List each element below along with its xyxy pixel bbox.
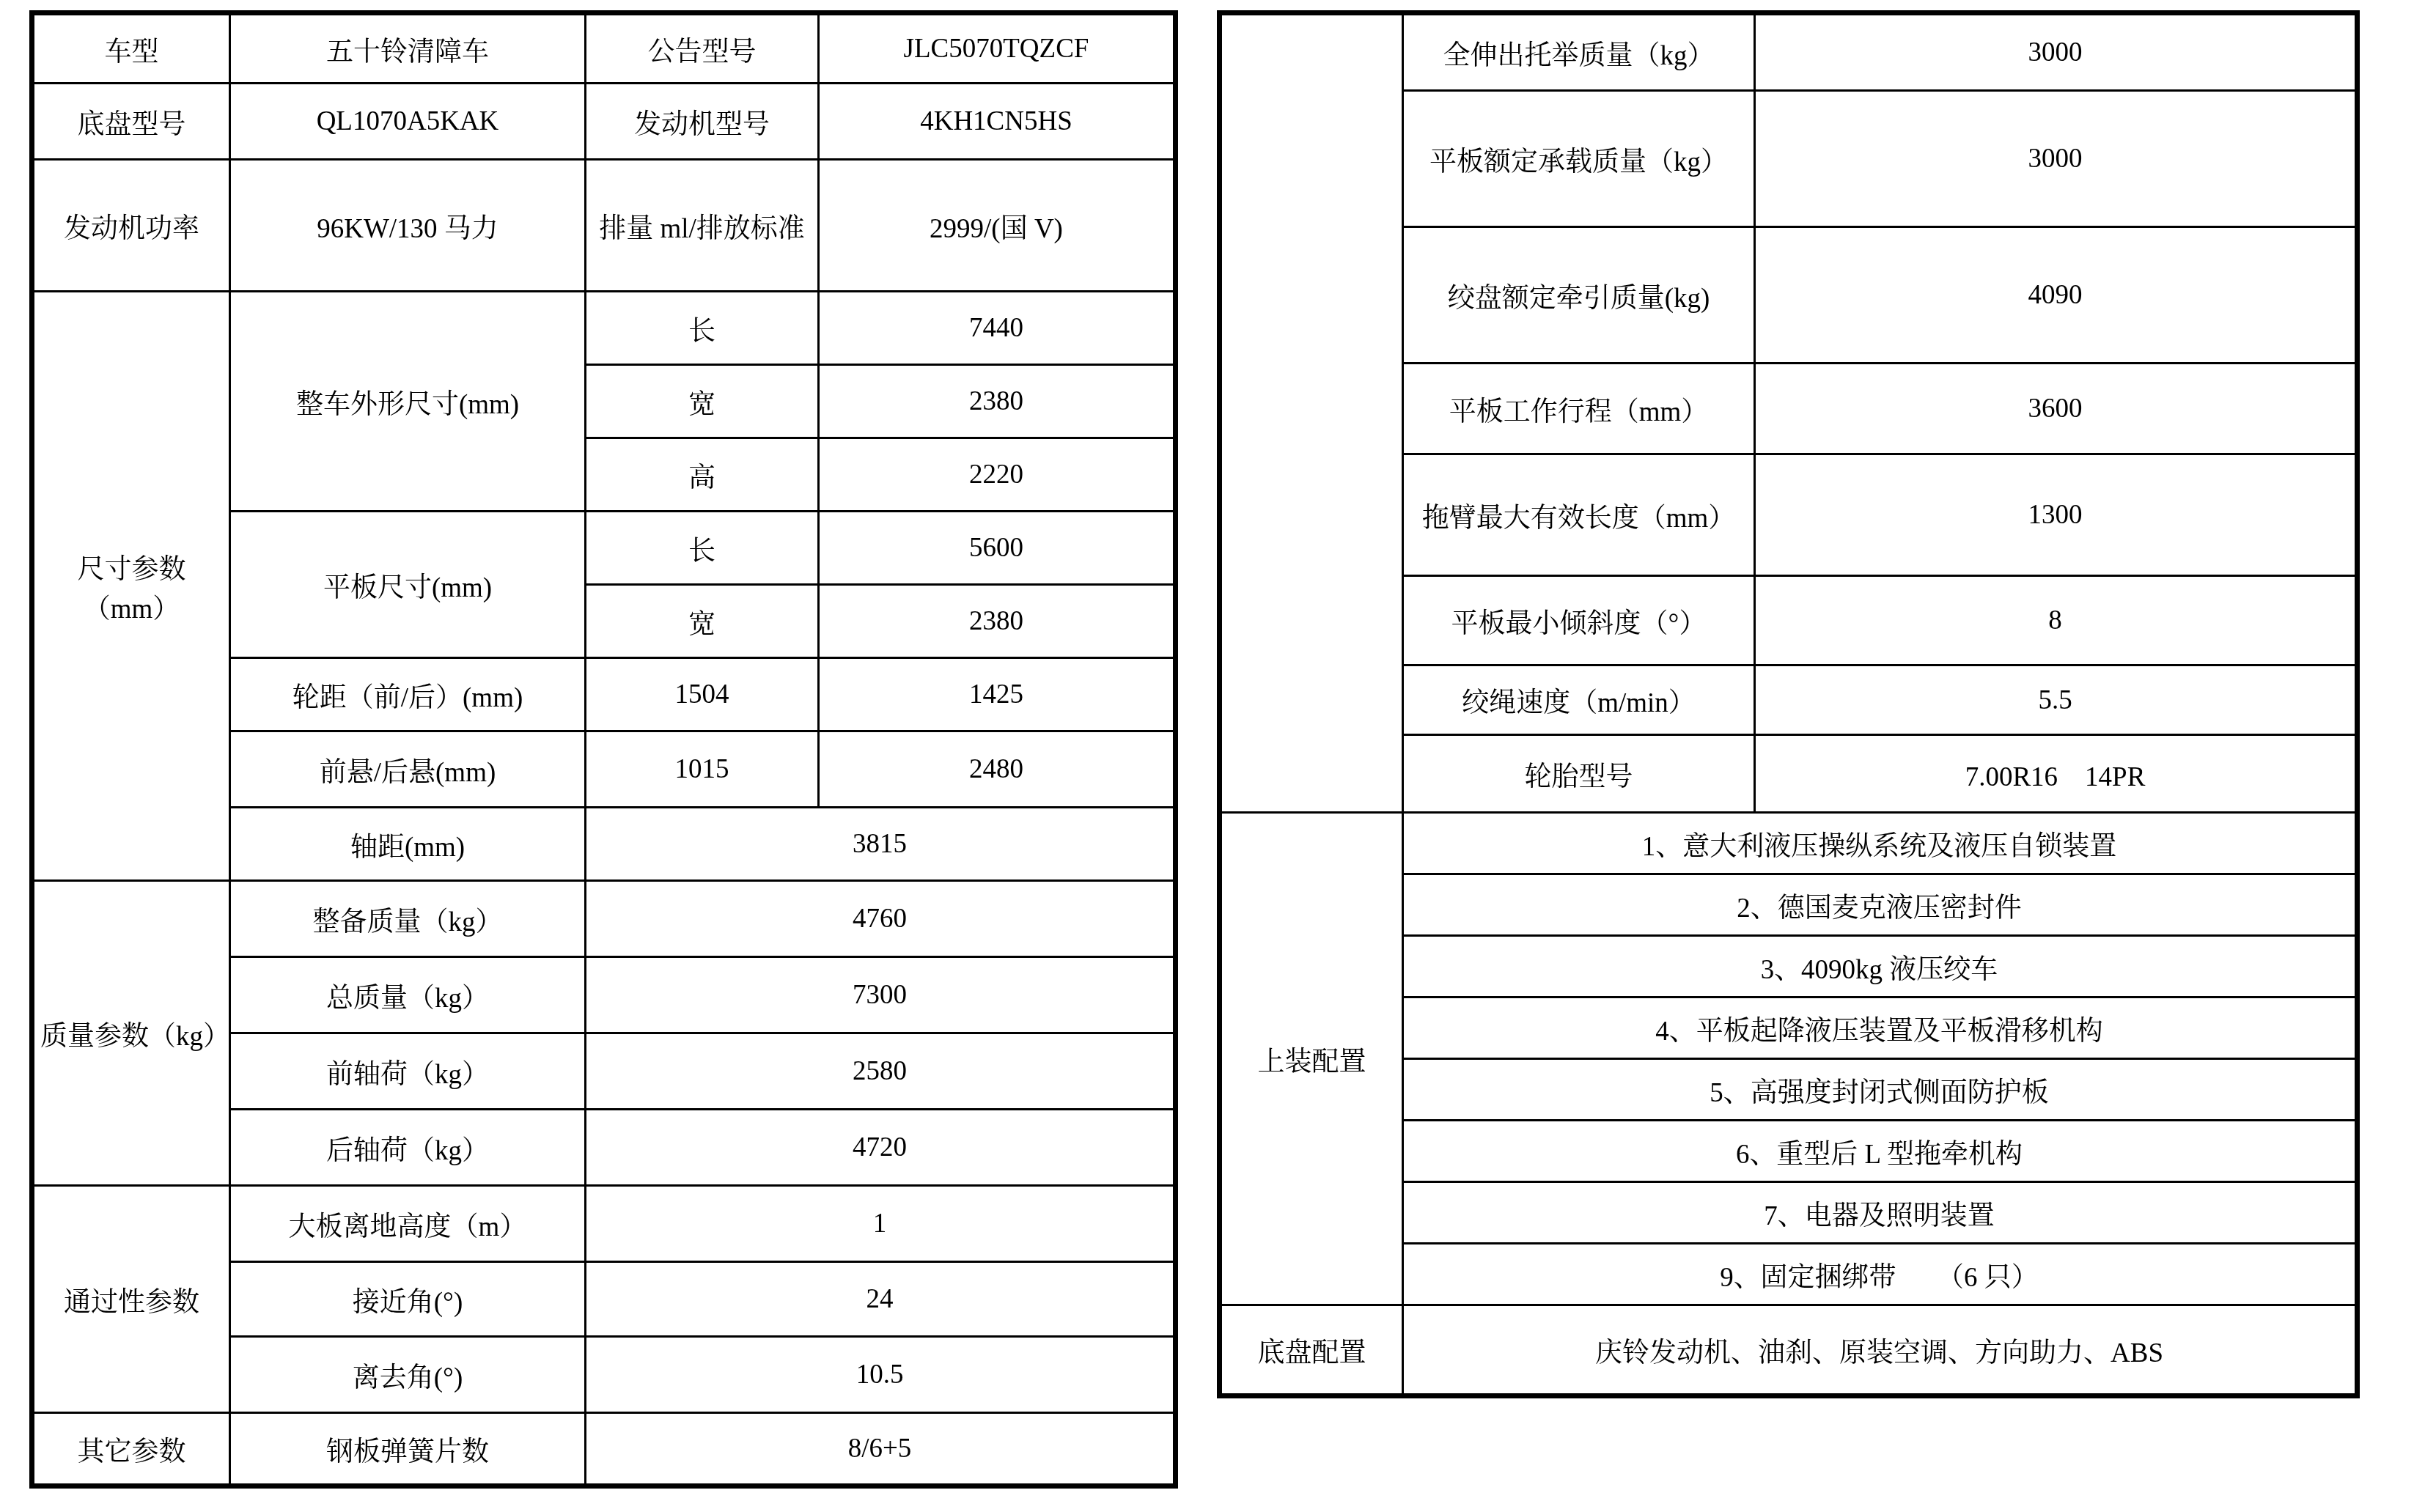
vehicle-type-value: 五十铃清障车 [230,13,586,84]
winch-rated-pull-label: 绞盘额定牵引质量(kg) [1403,227,1755,364]
front-axle-load-label: 前轴荷（kg） [230,1033,586,1110]
lift-capacity-value: 3000 [1755,13,2358,91]
upper-config-item-9: 9、固定捆绑带 （6 只） [1403,1244,2358,1305]
mass-group-label: 质量参数（kg） [32,881,230,1186]
upper-config-item-4: 4、平板起降液压装置及平板滑移机构 [1403,997,2358,1059]
announcement-model-value: JLC5070TQZCF [819,13,1176,84]
upper-config-item-2: 2、德国麦克液压密封件 [1403,874,2358,936]
engine-power-label: 发动机功率 [32,160,230,292]
displacement-emission-value: 2999/(国 V) [819,160,1176,292]
right-spec-table: 全伸出托举质量（kg） 3000 平板额定承载质量（kg） 3000 绞盘额定牵… [1217,10,2360,1398]
platform-travel-label: 平板工作行程（mm） [1403,364,1755,454]
chassis-config-value: 庆铃发动机、油刹、原装空调、方向助力、ABS [1403,1305,2358,1396]
overhang-front-value: 1015 [586,731,819,808]
engine-model-value: 4KH1CN5HS [819,84,1176,160]
dimension-group-label: 尺寸参数（mm） [32,292,230,881]
upper-config-item-1: 1、意大利液压操纵系统及液压自锁装置 [1403,813,2358,874]
leaf-spring-count-label: 钢板弹簧片数 [230,1413,586,1486]
towing-arm-length-value: 1300 [1755,454,2358,576]
platform-length-label: 长 [586,512,819,585]
rope-speed-label: 绞绳速度（m/min） [1403,665,1755,735]
wheelbase-label: 轴距(mm) [230,808,586,881]
overall-dimension-label: 整车外形尺寸(mm) [230,292,586,512]
upper-config-item-3: 3、4090kg 液压绞车 [1403,936,2358,997]
overhang-label: 前悬/后悬(mm) [230,731,586,808]
passability-group-label: 通过性参数 [32,1186,230,1413]
wheelbase-value: 3815 [586,808,1176,881]
deck-ground-clearance-value: 1 [586,1186,1176,1262]
other-group-label: 其它参数 [32,1413,230,1486]
rear-axle-load-value: 4720 [586,1110,1176,1186]
platform-rated-load-value: 3000 [1755,91,2358,227]
overall-width-value: 2380 [819,365,1176,438]
towing-arm-length-label: 拖臂最大有效长度（mm） [1403,454,1755,576]
departure-angle-value: 10.5 [586,1337,1176,1413]
platform-dimension-label: 平板尺寸(mm) [230,512,586,658]
upper-config-item-6: 6、重型后 L 型拖牵机构 [1403,1121,2358,1182]
overall-length-label: 长 [586,292,819,365]
platform-width-label: 宽 [586,585,819,658]
departure-angle-label: 离去角(°) [230,1337,586,1413]
tire-model-value: 7.00R16 14PR [1755,735,2358,813]
tire-model-label: 轮胎型号 [1403,735,1755,813]
upper-config-item-7: 7、电器及照明装置 [1403,1182,2358,1244]
displacement-emission-label: 排量 ml/排放标准 [586,160,819,292]
gross-weight-value: 7300 [586,957,1176,1033]
curb-weight-value: 4760 [586,881,1176,957]
deck-ground-clearance-label: 大板离地高度（m） [230,1186,586,1262]
track-rear-value: 1425 [819,658,1176,731]
engine-power-value: 96KW/130 马力 [230,160,586,292]
winch-rated-pull-value: 4090 [1755,227,2358,364]
overall-height-value: 2220 [819,438,1176,512]
overall-width-label: 宽 [586,365,819,438]
platform-min-tilt-label: 平板最小倾斜度（°） [1403,576,1755,665]
platform-min-tilt-value: 8 [1755,576,2358,665]
track-front-value: 1504 [586,658,819,731]
curb-weight-label: 整备质量（kg） [230,881,586,957]
engine-model-label: 发动机型号 [586,84,819,160]
approach-angle-value: 24 [586,1262,1176,1337]
gross-weight-label: 总质量（kg） [230,957,586,1033]
left-spec-table: 车型 五十铃清障车 公告型号 JLC5070TQZCF 底盘型号 QL1070A… [29,10,1178,1489]
overall-height-label: 高 [586,438,819,512]
chassis-config-group-label: 底盘配置 [1220,1305,1403,1396]
rope-speed-value: 5.5 [1755,665,2358,735]
chassis-model-value: QL1070A5KAK [230,84,586,160]
spec-sheet: 车型 五十铃清障车 公告型号 JLC5070TQZCF 底盘型号 QL1070A… [0,0,2425,1512]
announcement-model-label: 公告型号 [586,13,819,84]
lift-capacity-label: 全伸出托举质量（kg） [1403,13,1755,91]
overhang-rear-value: 2480 [819,731,1176,808]
vehicle-type-label: 车型 [32,13,230,84]
overall-length-value: 7440 [819,292,1176,365]
chassis-model-label: 底盘型号 [32,84,230,160]
platform-rated-load-label: 平板额定承载质量（kg） [1403,91,1755,227]
upper-config-group-label: 上装配置 [1220,813,1403,1305]
leaf-spring-count-value: 8/6+5 [586,1413,1176,1486]
front-axle-load-value: 2580 [586,1033,1176,1110]
platform-width-value: 2380 [819,585,1176,658]
upper-config-item-5: 5、高强度封闭式侧面防护板 [1403,1059,2358,1121]
platform-length-value: 5600 [819,512,1176,585]
track-label: 轮距（前/后）(mm) [230,658,586,731]
empty-group-cell [1220,13,1403,813]
platform-travel-value: 3600 [1755,364,2358,454]
rear-axle-load-label: 后轴荷（kg） [230,1110,586,1186]
approach-angle-label: 接近角(°) [230,1262,586,1337]
